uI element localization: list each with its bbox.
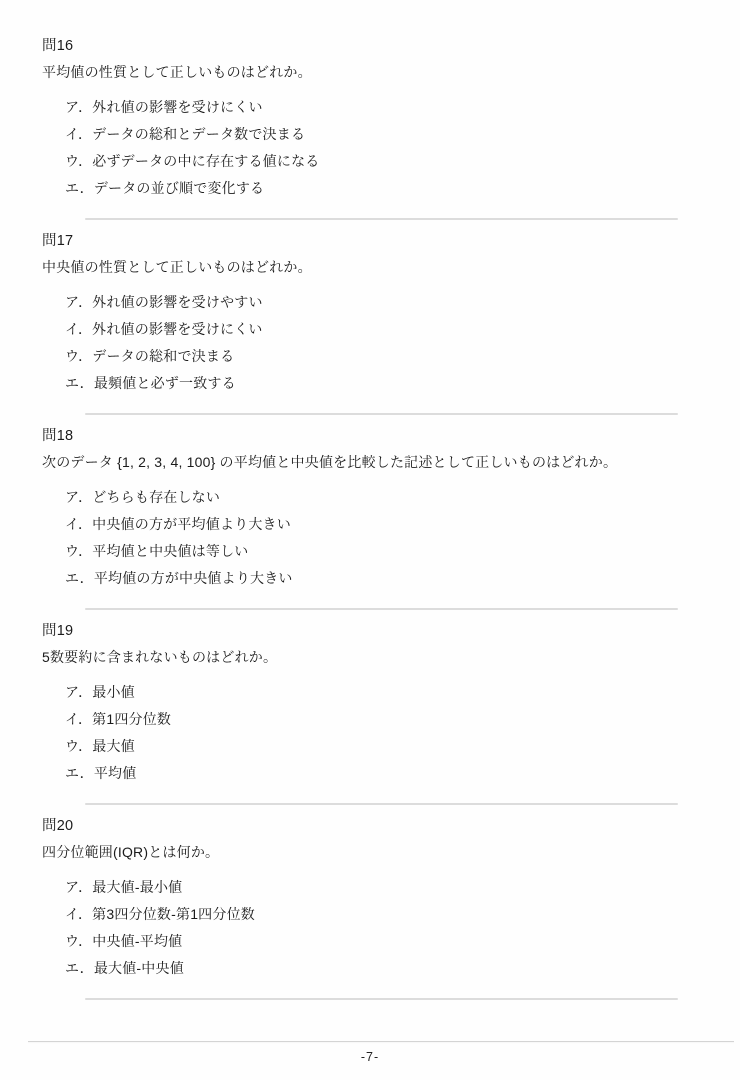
option-row: ウ． データの総和で決まる (65, 348, 740, 364)
page-number: -7- (0, 1050, 740, 1064)
option-text: 最大値-最小値 (92, 879, 182, 895)
option-text: 中央値-平均値 (92, 933, 182, 949)
page-bottom-rule (28, 1041, 734, 1042)
option-text: 最大値 (92, 738, 135, 754)
question-number: 問18 (42, 428, 740, 444)
question-block-17: 問17 中央値の性質として正しいものはどれか。 ア． 外れ値の影響を受けやすい … (0, 233, 740, 391)
question-block-18: 問18 次のデータ {1, 2, 3, 4, 100} の平均値と中央値を比較し… (0, 428, 740, 586)
option-row: ウ． 中央値-平均値 (65, 933, 740, 949)
option-label: ウ． (65, 738, 92, 754)
option-text: 平均値 (94, 765, 137, 781)
option-label: ア． (65, 684, 92, 700)
option-text: データの並び順で変化する (94, 180, 264, 196)
option-label: ア． (65, 879, 92, 895)
option-row: イ． 第1四分位数 (65, 711, 740, 727)
options-list: ア． 外れ値の影響を受けやすい イ． 外れ値の影響を受けにくい ウ． データの総… (42, 275, 740, 391)
option-label: ウ． (65, 543, 92, 559)
option-text: データの総和とデータ数で決まる (92, 126, 305, 142)
question-block-19: 問19 5数要約に含まれないものはどれか。 ア． 最小値 イ． 第1四分位数 ウ… (0, 623, 740, 781)
option-label: ア． (65, 294, 92, 310)
question-text: 次のデータ {1, 2, 3, 4, 100} の平均値と中央値を比較した記述と… (42, 444, 740, 470)
option-label: イ． (65, 906, 92, 922)
option-row: ア． どちらも存在しない (65, 489, 740, 505)
option-row: ア． 最大値-最小値 (65, 879, 740, 895)
option-text: データの総和で決まる (92, 348, 234, 364)
options-list: ア． 最小値 イ． 第1四分位数 ウ． 最大値 エ． 平均値 (42, 665, 740, 781)
question-text: 中央値の性質として正しいものはどれか。 (42, 249, 740, 275)
option-row: ア． 外れ値の影響を受けにくい (65, 99, 740, 115)
option-label: エ． (65, 180, 94, 196)
option-label: ウ． (65, 933, 92, 949)
option-row: ア． 外れ値の影響を受けやすい (65, 294, 740, 310)
question-text: 平均値の性質として正しいものはどれか。 (42, 54, 740, 80)
option-text: 第1四分位数 (92, 711, 171, 727)
section-divider (85, 608, 678, 610)
option-label: エ． (65, 960, 94, 976)
option-label: ア． (65, 489, 92, 505)
option-label: イ． (65, 516, 92, 532)
option-row: ウ． 最大値 (65, 738, 740, 754)
option-row: エ． データの並び順で変化する (65, 180, 740, 196)
question-number: 問16 (42, 38, 740, 54)
option-text: 最小値 (92, 684, 135, 700)
options-list: ア． どちらも存在しない イ． 中央値の方が平均値より大きい ウ． 平均値と中央… (42, 470, 740, 586)
option-text: 中央値の方が平均値より大きい (92, 516, 291, 532)
option-label: ウ． (65, 348, 92, 364)
option-label: エ． (65, 570, 94, 586)
option-row: ウ． 必ずデータの中に存在する値になる (65, 153, 740, 169)
section-divider (85, 803, 678, 805)
option-row: エ． 最大値-中央値 (65, 960, 740, 976)
question-number: 問19 (42, 623, 740, 639)
option-label: エ． (65, 765, 94, 781)
option-text: どちらも存在しない (92, 489, 220, 505)
option-label: イ． (65, 126, 92, 142)
option-text: 平均値の方が中央値より大きい (94, 570, 293, 586)
section-divider (85, 998, 678, 1000)
option-text: 第3四分位数-第1四分位数 (92, 906, 255, 922)
question-text: 5数要約に含まれないものはどれか。 (42, 639, 740, 665)
option-row: イ． 外れ値の影響を受けにくい (65, 321, 740, 337)
option-label: イ． (65, 321, 92, 337)
option-text: 外れ値の影響を受けにくい (92, 99, 262, 115)
option-label: ウ． (65, 153, 92, 169)
option-text: 平均値と中央値は等しい (92, 543, 248, 559)
option-row: ウ． 平均値と中央値は等しい (65, 543, 740, 559)
option-row: エ． 平均値 (65, 765, 740, 781)
option-label: エ． (65, 375, 94, 391)
option-label: ア． (65, 99, 92, 115)
document-page: 問16 平均値の性質として正しいものはどれか。 ア． 外れ値の影響を受けにくい … (0, 0, 740, 1080)
option-text: 必ずデータの中に存在する値になる (92, 153, 319, 169)
option-text: 最大値-中央値 (94, 960, 184, 976)
option-text: 最頻値と必ず一致する (94, 375, 236, 391)
option-text: 外れ値の影響を受けにくい (92, 321, 262, 337)
option-row: イ． 第3四分位数-第1四分位数 (65, 906, 740, 922)
options-list: ア． 最大値-最小値 イ． 第3四分位数-第1四分位数 ウ． 中央値-平均値 エ… (42, 860, 740, 976)
option-row: イ． 中央値の方が平均値より大きい (65, 516, 740, 532)
question-number: 問17 (42, 233, 740, 249)
question-block-20: 問20 四分位範囲(IQR)とは何か。 ア． 最大値-最小値 イ． 第3四分位数… (0, 818, 740, 976)
option-text: 外れ値の影響を受けやすい (92, 294, 262, 310)
option-row: エ． 最頻値と必ず一致する (65, 375, 740, 391)
option-row: イ． データの総和とデータ数で決まる (65, 126, 740, 142)
options-list: ア． 外れ値の影響を受けにくい イ． データの総和とデータ数で決まる ウ． 必ず… (42, 80, 740, 196)
question-number: 問20 (42, 818, 740, 834)
section-divider (85, 218, 678, 220)
question-block-16: 問16 平均値の性質として正しいものはどれか。 ア． 外れ値の影響を受けにくい … (0, 38, 740, 196)
option-row: ア． 最小値 (65, 684, 740, 700)
option-label: イ． (65, 711, 92, 727)
section-divider (85, 413, 678, 415)
question-text: 四分位範囲(IQR)とは何か。 (42, 834, 740, 860)
option-row: エ． 平均値の方が中央値より大きい (65, 570, 740, 586)
